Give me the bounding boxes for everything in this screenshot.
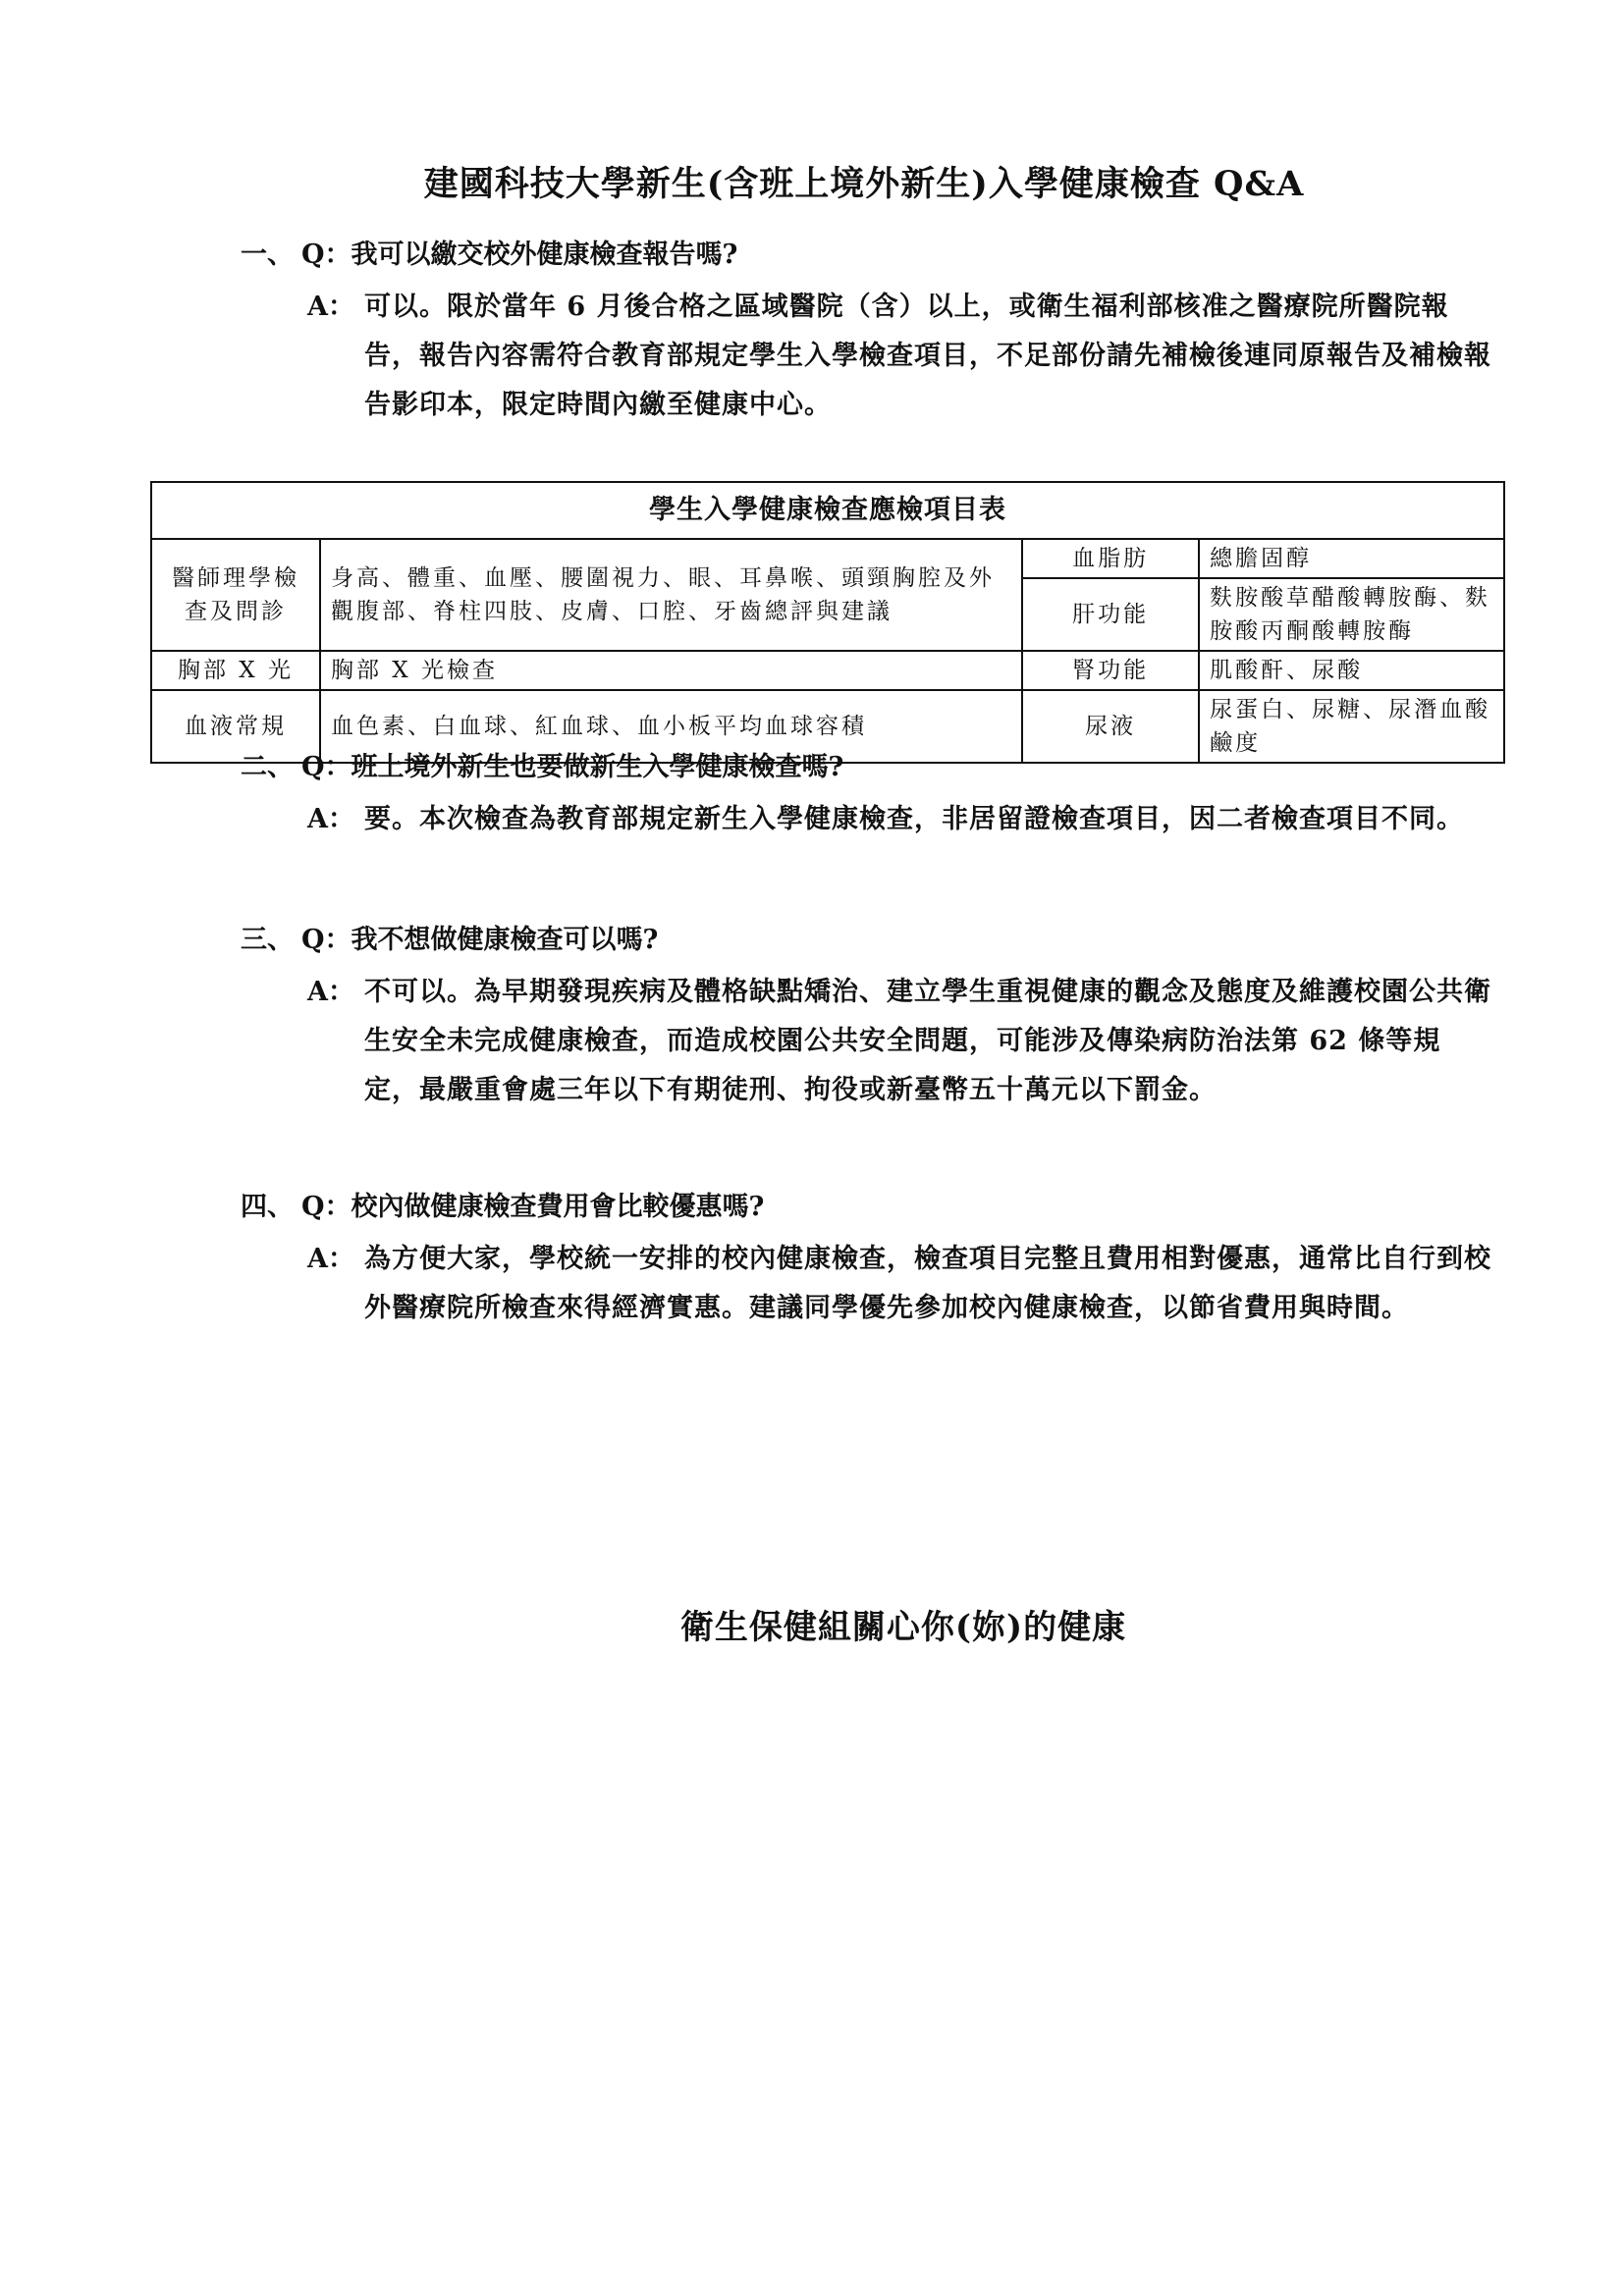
table-category: 血脂肪 <box>1022 539 1199 578</box>
qa-item-2: 二、Q：班上境外新生也要做新生入學健康檢查嗎? A： 要。本次檢查為教育部規定新… <box>241 748 1517 844</box>
footer-signature: 衛生保健組關心你(妳)的健康 <box>609 1600 1198 1648</box>
answer-text: 可以。限於當年 6 月後合格之區域醫院（含）以上，或衛生福利部核准之醫療院所醫院… <box>364 283 1493 430</box>
answer-2: A： 要。本次檢查為教育部規定新生入學健康檢查，非居留證檢查項目，因二者檢查項目… <box>241 795 1517 844</box>
question-number: 一、 <box>241 236 301 275</box>
table-category: 肝功能 <box>1022 578 1199 651</box>
question-number: 三、 <box>241 921 301 960</box>
question-text: 我可以繳交校外健康檢查報告嗎? <box>352 240 738 270</box>
question-number: 二、 <box>241 748 301 787</box>
question-text: 校內做健康檢查費用會比較優惠嗎? <box>352 1192 765 1222</box>
answer-text: 為方便大家，學校統一安排的校內健康檢查，檢查項目完整且費用相對優惠，通常比自行到… <box>364 1235 1493 1333</box>
table-caption: 學生入學健康檢查應檢項目表 <box>151 482 1504 539</box>
health-check-items-table: 學生入學健康檢查應檢項目表 醫師理學檢查及問診 身高、體重、血壓、腰圍視力、眼、… <box>150 481 1505 764</box>
table-row: 醫師理學檢查及問診 身高、體重、血壓、腰圍視力、眼、耳鼻喉、頭頸胸腔及外觀腹部、… <box>151 539 1504 578</box>
q-label: Q： <box>301 752 352 782</box>
a-label: A： <box>307 968 354 1017</box>
q-label: Q： <box>301 240 352 270</box>
question-1: 一、Q：我可以繳交校外健康檢查報告嗎? <box>241 236 1517 275</box>
a-label: A： <box>307 795 354 844</box>
table-items: 麩胺酸草醋酸轉胺酶、麩胺酸丙酮酸轉胺酶 <box>1199 578 1504 651</box>
table-category: 胸部 X 光 <box>151 651 320 690</box>
answer-4: A： 為方便大家，學校統一安排的校內健康檢查，檢查項目完整且費用相對優惠，通常比… <box>241 1235 1517 1333</box>
question-4: 四、Q：校內做健康檢查費用會比較優惠嗎? <box>241 1188 1517 1227</box>
answer-3: A： 不可以。為早期發現疾病及體格缺點矯治、建立學生重視健康的觀念及態度及維護校… <box>241 968 1517 1115</box>
question-2: 二、Q：班上境外新生也要做新生入學健康檢查嗎? <box>241 748 1517 787</box>
table-items: 身高、體重、血壓、腰圍視力、眼、耳鼻喉、頭頸胸腔及外觀腹部、脊柱四肢、皮膚、口腔… <box>320 539 1022 651</box>
qa-item-3: 三、Q：我不想做健康檢查可以嗎? A： 不可以。為早期發現疾病及體格缺點矯治、建… <box>241 921 1517 1115</box>
table-row: 胸部 X 光 胸部 X 光檢查 腎功能 肌酸酐、尿酸 <box>151 651 1504 690</box>
question-3: 三、Q：我不想做健康檢查可以嗎? <box>241 921 1517 960</box>
document-title: 建國科技大學新生(含班上境外新生)入學健康檢查 Q&A <box>373 157 1355 206</box>
table-items: 胸部 X 光檢查 <box>320 651 1022 690</box>
q-label: Q： <box>301 1192 352 1222</box>
answer-text: 不可以。為早期發現疾病及體格缺點矯治、建立學生重視健康的觀念及態度及維護校園公共… <box>364 968 1493 1115</box>
a-label: A： <box>307 283 354 332</box>
qa-item-1: 一、Q：我可以繳交校外健康檢查報告嗎? A： 可以。限於當年 6 月後合格之區域… <box>241 236 1517 430</box>
a-label: A： <box>307 1235 354 1284</box>
table-category: 醫師理學檢查及問診 <box>151 539 320 651</box>
question-text: 班上境外新生也要做新生入學健康檢查嗎? <box>352 752 844 782</box>
question-number: 四、 <box>241 1188 301 1227</box>
qa-item-4: 四、Q：校內做健康檢查費用會比較優惠嗎? A： 為方便大家，學校統一安排的校內健… <box>241 1188 1517 1333</box>
answer-text: 要。本次檢查為教育部規定新生入學健康檢查，非居留證檢查項目，因二者檢查項目不同。 <box>364 795 1493 844</box>
table-caption-row: 學生入學健康檢查應檢項目表 <box>151 482 1504 539</box>
q-label: Q： <box>301 925 352 955</box>
table-items: 總膽固醇 <box>1199 539 1504 578</box>
question-text: 我不想做健康檢查可以嗎? <box>352 925 659 955</box>
answer-1: A： 可以。限於當年 6 月後合格之區域醫院（含）以上，或衛生福利部核准之醫療院… <box>241 283 1517 430</box>
table-items: 肌酸酐、尿酸 <box>1199 651 1504 690</box>
table-category: 腎功能 <box>1022 651 1199 690</box>
